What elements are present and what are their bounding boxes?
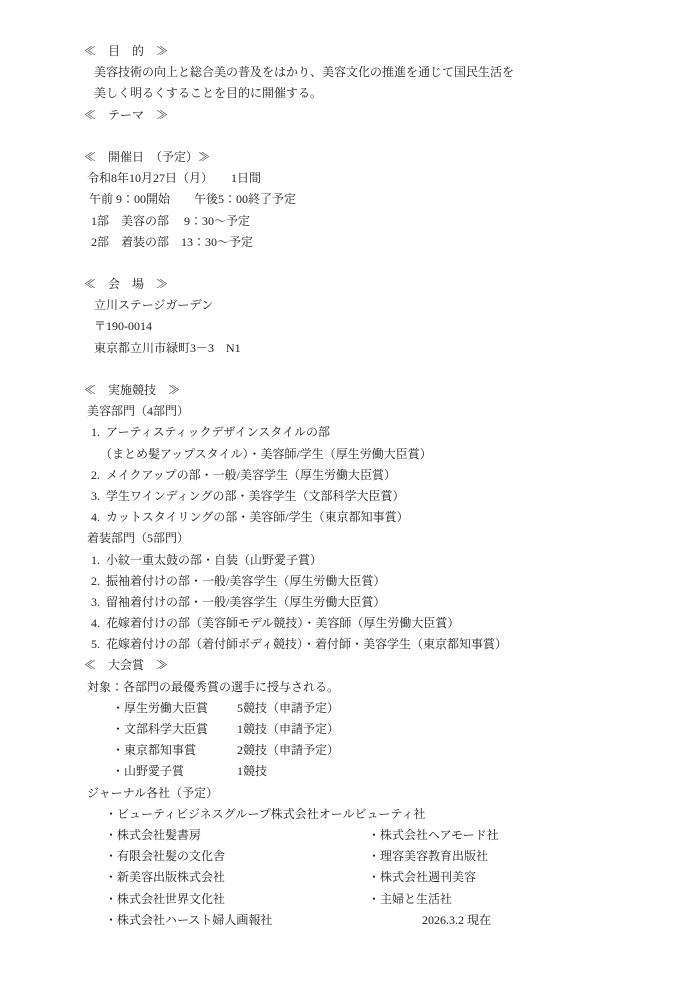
purpose-heading: ≪ 目 的 ≫ bbox=[0, 41, 700, 62]
award-count: 1競技（申請予定） bbox=[237, 722, 339, 736]
journal-row-full: ・ビューティビジネスグループ株式会社オールビューティ社 bbox=[0, 804, 700, 825]
kimono-division-label: 着装部門（5部門） bbox=[0, 528, 700, 549]
journal-name: ・株式会社ハースト婦人画報社 bbox=[105, 910, 368, 931]
item-text: 小紋一重太鼓の部・自装（山野愛子賞） bbox=[106, 553, 322, 567]
beauty-division-label: 美容部門（4部門） bbox=[0, 401, 700, 422]
journal-name: ・有限会社髪の文化舎 bbox=[105, 846, 368, 867]
item-text: カットスタイリングの部・美容師/学生（東京都知事賞） bbox=[106, 510, 409, 524]
competitions-heading: ≪ 実施競技 ≫ bbox=[0, 380, 700, 401]
journal-name: ・理容美容教育出版社 bbox=[368, 846, 488, 867]
item-number: 1. bbox=[91, 422, 106, 443]
item-number: 4. bbox=[91, 613, 106, 634]
journal-row: ・株式会社世界文化社・主婦と生活社 bbox=[0, 889, 700, 910]
kimono-item-1: 1.小紋一重太鼓の部・自装（山野愛子賞） bbox=[0, 550, 700, 571]
venue-name: 立川ステージガーデン bbox=[0, 295, 700, 316]
journal-name: ・株式会社世界文化社 bbox=[105, 889, 368, 910]
item-text: 振袖着付けの部・一般/美容学生（厚生労働大臣賞） bbox=[106, 574, 385, 588]
beauty-item-1-continuation: （まとめ髪アップスタイル）・美容師/学生（厚生労働大臣賞） bbox=[0, 444, 700, 465]
item-text: 学生ワインディングの部・美容学生（文部科学大臣賞） bbox=[106, 489, 404, 503]
schedule-heading: ≪ 開催日 （予定）≫ bbox=[0, 147, 700, 168]
beauty-item-2: 2.メイクアップの部・一般/美容学生（厚生労働大臣賞） bbox=[0, 465, 700, 486]
venue-address: 東京都立川市緑町3－3 N1 bbox=[0, 338, 700, 359]
journal-name: ・株式会社週刊美容 bbox=[368, 867, 476, 888]
award-name: ・東京都知事賞 bbox=[112, 740, 237, 761]
award-name: ・厚生労働大臣賞 bbox=[112, 698, 237, 719]
blank-line bbox=[0, 253, 700, 274]
award-count: 5競技（申請予定） bbox=[237, 701, 339, 715]
kimono-item-3: 3.留袖着付けの部・一般/美容学生（厚生労働大臣賞） bbox=[0, 592, 700, 613]
venue-heading: ≪ 会 場 ≫ bbox=[0, 274, 700, 295]
beauty-item-3: 3.学生ワインディングの部・美容学生（文部科学大臣賞） bbox=[0, 486, 700, 507]
item-number: 2. bbox=[91, 571, 106, 592]
item-number: 3. bbox=[91, 486, 106, 507]
item-text: 留袖着付けの部・一般/美容学生（厚生労働大臣賞） bbox=[106, 595, 385, 609]
award-item-2: ・文部科学大臣賞1競技（申請予定） bbox=[0, 719, 700, 740]
journal-row: ・有限会社髪の文化舎・理容美容教育出版社 bbox=[0, 846, 700, 867]
item-number: 2. bbox=[91, 465, 106, 486]
item-text: アーティスティックデザインスタイルの部 bbox=[106, 425, 330, 439]
item-number: 5. bbox=[91, 634, 106, 655]
item-number: 3. bbox=[91, 592, 106, 613]
journal-row-last: ・株式会社ハースト婦人画報社2026.3.2 現在 bbox=[0, 910, 700, 931]
awards-heading: ≪ 大会賞 ≫ bbox=[0, 655, 700, 676]
award-count: 1競技 bbox=[237, 764, 267, 778]
kimono-item-4: 4.花嫁着付けの部（美容師モデル競技）・美容師（厚生労働大臣賞） bbox=[0, 613, 700, 634]
awards-target-line: 対象：各部門の最優秀賞の選手に授与される。 bbox=[0, 677, 700, 698]
item-text: 花嫁着付けの部（着付師ボディ競技）・着付師・美容学生（東京都知事賞） bbox=[106, 637, 507, 651]
document-page: ≪ 目 的 ≫ 美容技術の向上と総合美の普及をはかり、美容文化の推進を通じて国民… bbox=[0, 0, 700, 990]
award-item-1: ・厚生労働大臣賞5競技（申請予定） bbox=[0, 698, 700, 719]
schedule-time-line: 午前 9：00開始 午後5：00終了予定 bbox=[0, 189, 700, 210]
schedule-part1: 1部 美容の部 9：30～予定 bbox=[0, 211, 700, 232]
award-count: 2競技（申請予定） bbox=[237, 743, 339, 757]
purpose-text-line-2: 美しく明るくすることを目的に開催する。 bbox=[0, 83, 700, 104]
item-text: 花嫁着付けの部（美容師モデル競技）・美容師（厚生労働大臣賞） bbox=[106, 616, 459, 630]
venue-postal-code: 〒190-0014 bbox=[0, 316, 700, 337]
theme-heading: ≪ テーマ ≫ bbox=[0, 105, 700, 126]
blank-line bbox=[0, 359, 700, 380]
journal-name: ・主婦と生活社 bbox=[368, 889, 452, 910]
schedule-part2: 2部 着装の部 13：30～予定 bbox=[0, 232, 700, 253]
item-number: 1. bbox=[91, 550, 106, 571]
journal-row: ・株式会社髪書房・株式会社ヘアモード社 bbox=[0, 825, 700, 846]
journal-name: ・株式会社ヘアモード社 bbox=[368, 825, 499, 846]
item-text: メイクアップの部・一般/美容学生（厚生労働大臣賞） bbox=[106, 468, 396, 482]
award-name: ・山野愛子賞 bbox=[112, 761, 237, 782]
purpose-text-line-1: 美容技術の向上と総合美の普及をはかり、美容文化の推進を通じて国民生活を bbox=[0, 62, 700, 83]
journal-name: ・新美容出版株式会社 bbox=[105, 867, 368, 888]
blank-line bbox=[0, 126, 700, 147]
beauty-item-1: 1.アーティスティックデザインスタイルの部 bbox=[0, 422, 700, 443]
journal-name: ・株式会社髪書房 bbox=[105, 825, 368, 846]
award-item-3: ・東京都知事賞2競技（申請予定） bbox=[0, 740, 700, 761]
journals-label: ジャーナル各社（予定） bbox=[0, 783, 700, 804]
beauty-item-4: 4.カットスタイリングの部・美容師/学生（東京都知事賞） bbox=[0, 507, 700, 528]
schedule-date-line: 令和8年10月27日（月） 1日間 bbox=[0, 168, 700, 189]
item-number: 4. bbox=[91, 507, 106, 528]
kimono-item-5: 5.花嫁着付けの部（着付師ボディ競技）・着付師・美容学生（東京都知事賞） bbox=[0, 634, 700, 655]
award-name: ・文部科学大臣賞 bbox=[112, 719, 237, 740]
journal-name: ・ビューティビジネスグループ株式会社オールビューティ社 bbox=[105, 804, 426, 825]
kimono-item-2: 2.振袖着付けの部・一般/美容学生（厚生労働大臣賞） bbox=[0, 571, 700, 592]
journal-row: ・新美容出版株式会社・株式会社週刊美容 bbox=[0, 867, 700, 888]
as-of-date: 2026.3.2 現在 bbox=[422, 910, 491, 931]
award-item-4: ・山野愛子賞1競技 bbox=[0, 761, 700, 782]
